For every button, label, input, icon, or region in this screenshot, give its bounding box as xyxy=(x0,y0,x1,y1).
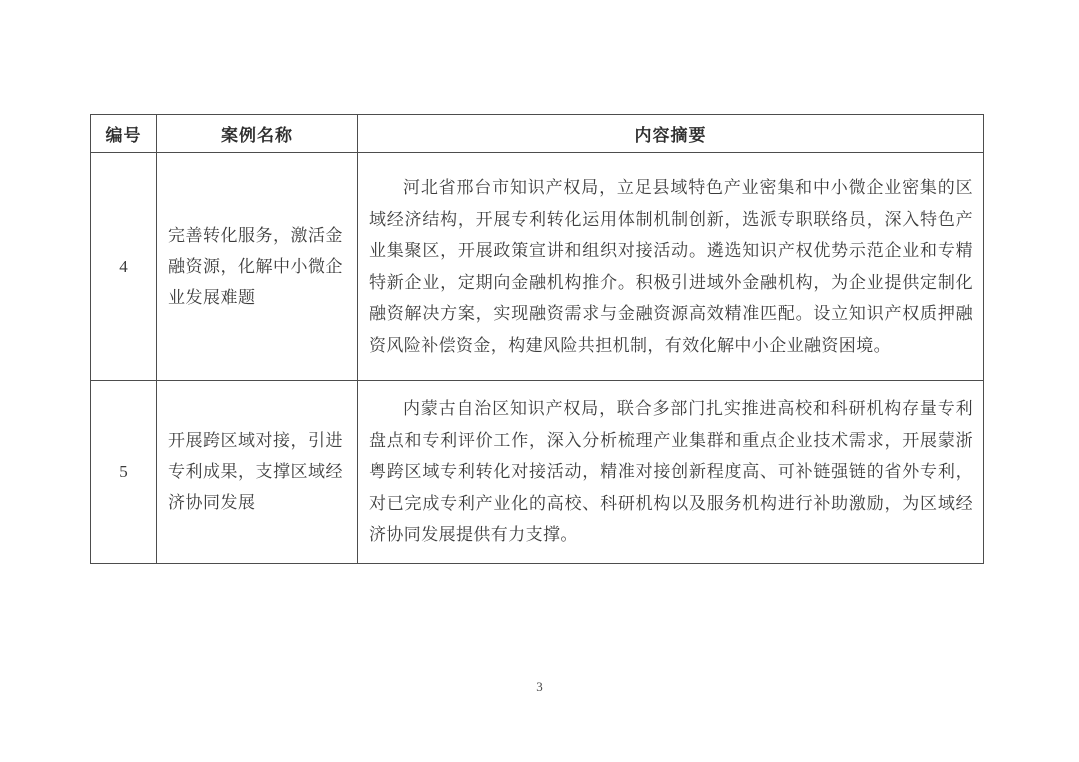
column-header-number: 编号 xyxy=(91,115,157,153)
page-number: 3 xyxy=(0,679,1079,695)
case-name-cell: 完善转化服务，激活金融资源，化解中小微企业发展难题 xyxy=(157,153,358,381)
case-number-cell: 5 xyxy=(91,381,157,564)
case-name-cell: 开展跨区域对接，引进专利成果，支撑区域经济协同发展 xyxy=(157,381,358,564)
column-header-case-name: 案例名称 xyxy=(157,115,358,153)
case-summary-text: 河北省邢台市知识产权局，立足县域特色产业密集和中小微企业密集的区域经济结构，开展… xyxy=(369,172,973,361)
case-number-cell: 4 xyxy=(91,153,157,381)
column-header-summary: 内容摘要 xyxy=(358,115,984,153)
cases-table: 编号 案例名称 内容摘要 4 完善转化服务，激活金融资源，化解中小微企业发展难题… xyxy=(90,114,984,564)
case-summary-cell: 河北省邢台市知识产权局，立足县域特色产业密集和中小微企业密集的区域经济结构，开展… xyxy=(358,153,984,381)
table-row: 4 完善转化服务，激活金融资源，化解中小微企业发展难题 河北省邢台市知识产权局，… xyxy=(91,153,984,381)
table-row: 5 开展跨区域对接，引进专利成果，支撑区域经济协同发展 内蒙古自治区知识产权局，… xyxy=(91,381,984,564)
case-summary-cell: 内蒙古自治区知识产权局，联合多部门扎实推进高校和科研机构存量专利盘点和专利评价工… xyxy=(358,381,984,564)
document-page: 编号 案例名称 内容摘要 4 完善转化服务，激活金融资源，化解中小微企业发展难题… xyxy=(0,0,1079,762)
case-summary-text: 内蒙古自治区知识产权局，联合多部门扎实推进高校和科研机构存量专利盘点和专利评价工… xyxy=(369,393,973,551)
table-header-row: 编号 案例名称 内容摘要 xyxy=(91,115,984,153)
